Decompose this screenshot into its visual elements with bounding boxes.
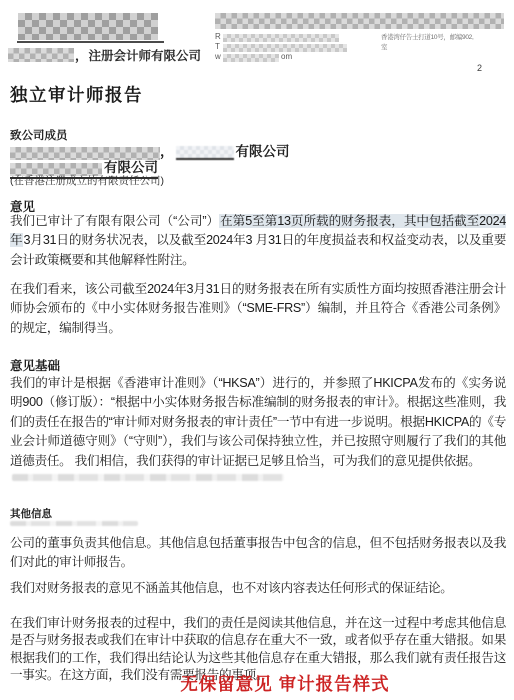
opinion-paragraph-2: 在我们看来，该公司截至2024年3月31日的财务报表在所有实质性方面均按照香港注… xyxy=(10,280,506,338)
watermark-text: 无保留意见 审计报告样式 xyxy=(0,671,514,696)
redacted-faint-line-1 xyxy=(12,474,284,481)
logo-underline-rule xyxy=(17,41,164,43)
company-suffix-1: 有限公司 xyxy=(236,140,290,160)
firm-name-suffix: 注册会计师有限公司 xyxy=(89,46,202,64)
firm-name-line: ， 注册会计师有限公司 xyxy=(8,46,201,64)
redacted-faint-line-2 xyxy=(10,521,138,526)
basis-heading: 意见基础 xyxy=(10,356,60,374)
page-number: 2 xyxy=(477,63,482,73)
company-line1-comma: ， xyxy=(160,140,174,160)
address-room-suffix: 室 xyxy=(381,42,387,51)
opinion-paragraph-1: 我们已审计了有限有限公司（“公司”）在第5至第13页所载的财务报表，其中包括截至… xyxy=(10,212,506,270)
redacted-address-header xyxy=(215,13,504,29)
letterhead-address-block: R 香港湾仔告士打道10号，邮编902, T 室 w om xyxy=(215,13,507,67)
website-tail: om xyxy=(281,52,292,61)
redacted-address-line1 xyxy=(223,34,339,42)
redacted-firm-name xyxy=(8,48,74,62)
address-chinese-line: 香港湾仔告士打道10号，邮编902, xyxy=(381,32,473,41)
opinion-p1-pre: 我们已审计了有限有限公司（“公司”） xyxy=(10,214,219,228)
basis-paragraph: 我们的审计是根据《香港审计准则》（“HKSA”）进行的，并参照了HKICPA发布… xyxy=(10,374,506,471)
audit-report-page: ， 注册会计师有限公司 R 香港湾仔告士打道10号，邮编902, T 室 w o… xyxy=(0,0,514,700)
address-room-prefix: R xyxy=(215,32,221,41)
website-prefix: w xyxy=(215,52,221,61)
incorporation-note: (在香港注册成立的有限责任公司) xyxy=(10,173,164,188)
opinion-p1-post: 3月31日的财务状况表，以及截至2024年3 月31日的年度损益表和权益变动表，… xyxy=(10,233,506,266)
firm-name-comma: ， xyxy=(75,46,88,64)
other-info-paragraph-1: 公司的董事负责其他信息。其他信息包括董事报告中包含的信息，但不包括财务报表以及我… xyxy=(10,534,506,571)
address-tel-prefix: T xyxy=(215,42,220,51)
redacted-address-line2 xyxy=(223,44,347,52)
report-title: 独立审计师报告 xyxy=(10,82,143,107)
redacted-website xyxy=(223,54,279,62)
redacted-firm-logo xyxy=(18,13,158,40)
other-information-heading: 其他信息 xyxy=(10,506,52,521)
other-info-paragraph-2: 我们对财务报表的意见不涵盖其他信息，也不对该内容表达任何形式的保证结论。 xyxy=(10,579,506,598)
redacted-underlined-segment xyxy=(176,146,234,160)
